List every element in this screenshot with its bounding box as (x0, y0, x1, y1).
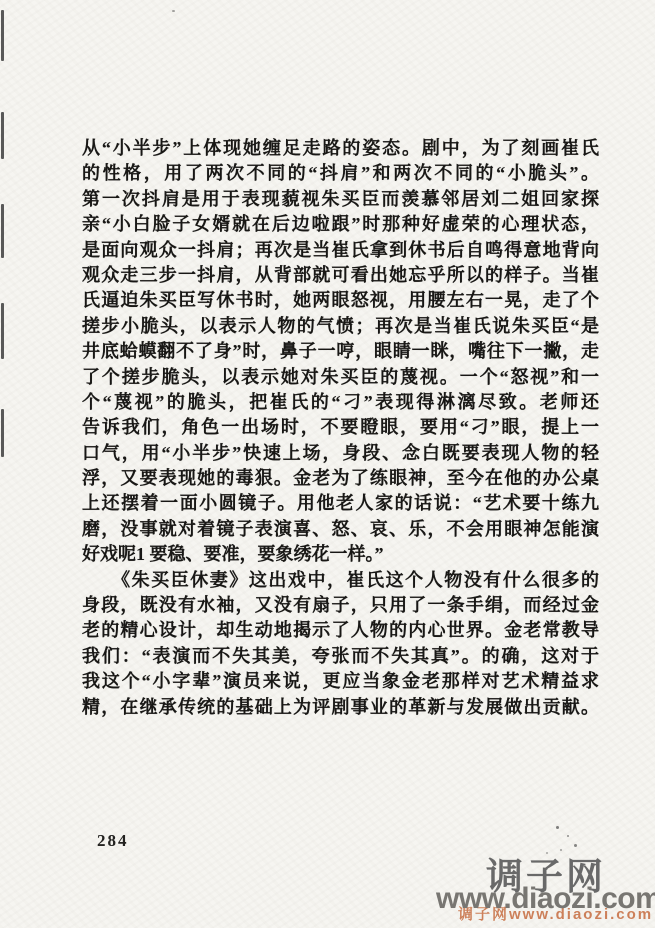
page-number: 284 (97, 831, 129, 851)
text-line: 上还摆着一面小圆镜子。用他老人家的话说：“艺术要十练九 (82, 491, 599, 516)
text-line: 氏逼迫朱买臣写休书时，她两眼怒视，用腰左右一晃，走了个 (82, 288, 599, 313)
ink-speckle (574, 844, 577, 847)
text-line: 《朱买臣休妻》这出戏中，崔氏这个人物没有什么很多的 (82, 568, 599, 593)
spine-mark (1, 204, 4, 258)
text-line: 好戏呢1 要稳、要准，要象绣花一样。” (82, 542, 599, 567)
ink-speckle (560, 849, 562, 851)
text-line: 浮，又要表现她的毒狠。金老为了练眼神，至今在他的办公桌 (82, 466, 599, 491)
text-line: 从“小半步”上体现她缠足走路的姿态。剧中，为了刻画崔氏 (82, 136, 599, 161)
text-line: 亲“小白脸子女婿就在后边啦跟”时那种好虚荣的心理状态， (82, 212, 599, 237)
ink-speckle (567, 835, 569, 837)
text-line: 告诉我们，角色一出场时，不要瞪眼，要用“刁”眼，提上一 (82, 415, 599, 440)
spine-mark (1, 303, 4, 359)
body-text: 从“小半步”上体现她缠足走路的姿态。剧中，为了刻画崔氏的性格，用了两次不同的“抖… (82, 136, 599, 720)
text-line: 我们：“表演而不失其美，夸张而不失其真”。的确，这对于 (82, 644, 599, 669)
ink-speckle (556, 826, 559, 829)
ink-speckle (546, 852, 548, 854)
scanned-book-page: { "page": { "number": "284", "lines": [ … (0, 0, 655, 928)
text-line: 第一次抖肩是用于表现藐视朱买臣而羡慕邻居刘二姐回家探 (82, 187, 599, 212)
text-line: 身段，既没有水袖，又没有扇子，只用了一条手绢，而经过金 (82, 593, 599, 618)
text-line: 观众走三步一抖肩，从背部就可看出她忘乎所以的样子。当崔 (82, 263, 599, 288)
watermark-site-url: www.diaozi.com (436, 882, 655, 916)
text-line: 口气，用“小半步”快速上场，身段、念白既要表现人物的轻 (82, 441, 599, 466)
ink-speckle (172, 10, 175, 12)
spine-mark (1, 10, 4, 61)
spine-mark (1, 409, 4, 457)
text-line: 磨，没事就对着镜子表演喜、怒、哀、乐，不会用眼神怎能演 (82, 517, 599, 542)
text-line: 的性格，用了两次不同的“抖肩”和两次不同的“小脆头”。 (82, 161, 599, 186)
text-line: 搓步小脆头，以表示人物的气愤；再次是当崔氏说朱买臣“是 (82, 314, 599, 339)
text-line: 是面向观众一抖肩；再次是当崔氏拿到休书后自鸣得意地背向 (82, 238, 599, 263)
text-line: 了个搓步脆头，以表示她对朱买臣的蔑视。一个“怒视”和一 (82, 365, 599, 390)
text-line: 井底蛤蟆翻不了身”时，鼻子一哼，眼睛一眯，嘴往下一撇，走 (82, 339, 599, 364)
text-line: 精，在继承传统的基础上为评剧事业的革新与发展做出贡献。 (82, 695, 599, 720)
text-line: 我这个“小字辈”演员来说，更应当象金老那样对艺术精益求 (82, 669, 599, 694)
text-line: 老的精心设计，却生动地揭示了人物的内心世界。金老常教导 (82, 618, 599, 643)
text-line: 个“蔑视”的脆头，把崔氏的“刁”表现得淋漓尽致。老师还 (82, 390, 599, 415)
spine-mark (1, 112, 4, 159)
